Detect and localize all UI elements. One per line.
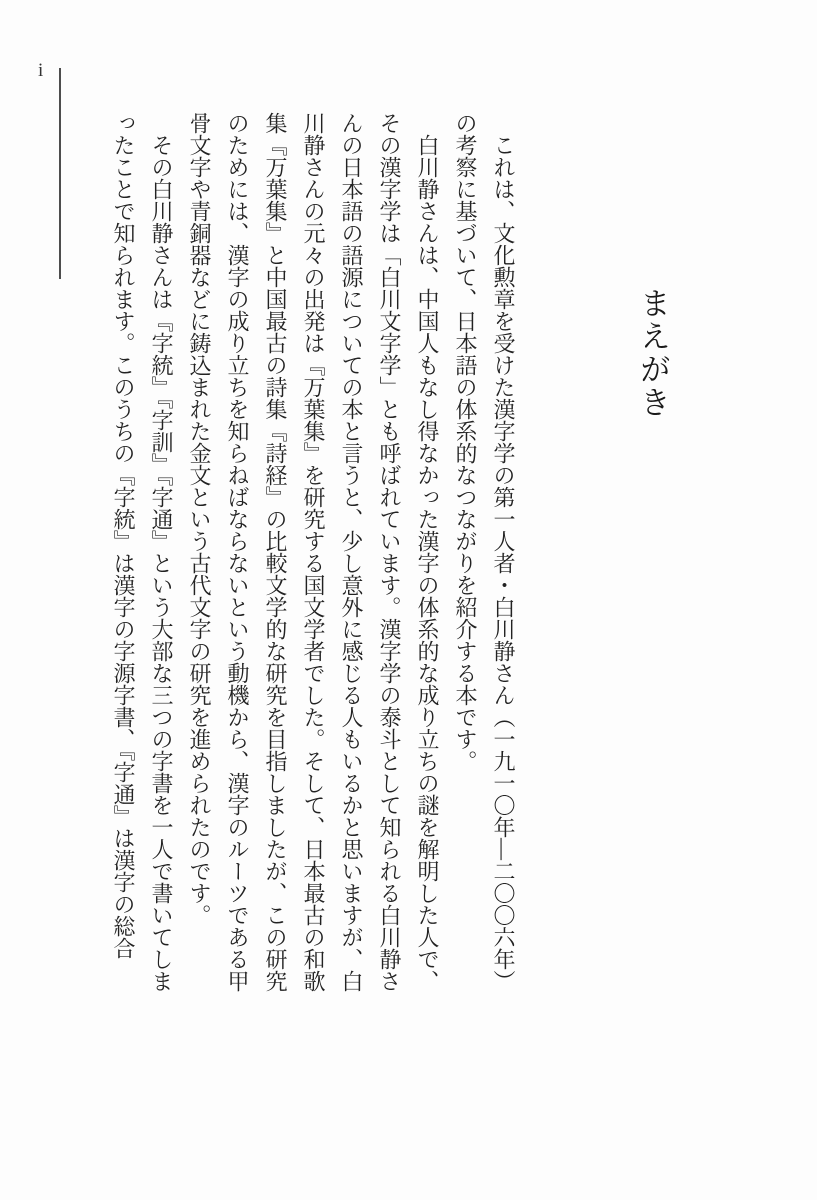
page-number: i	[38, 60, 43, 82]
paragraph: これは、文化勲章を受けた漢字学の第一人者・白川静さん（一九一〇年―二〇〇六年）の…	[446, 112, 522, 1005]
page-header-rule	[59, 68, 61, 279]
paragraph: 白川静さんは、中国人もなし得なかった漢字の体系的な成り立ちの謎を解明した人で、そ…	[180, 112, 446, 1005]
body-text: これは、文化勲章を受けた漢字学の第一人者・白川静さん（一九一〇年―二〇〇六年）の…	[104, 112, 522, 1005]
preface-title: まえがき	[632, 287, 672, 419]
paragraph: その白川静さんは『字統』『字訓』『字通』という大部な三つの字書を一人で書いてしま…	[104, 112, 180, 1005]
book-page: i まえがき これは、文化勲章を受けた漢字学の第一人者・白川静さん（一九一〇年―…	[0, 0, 817, 1200]
